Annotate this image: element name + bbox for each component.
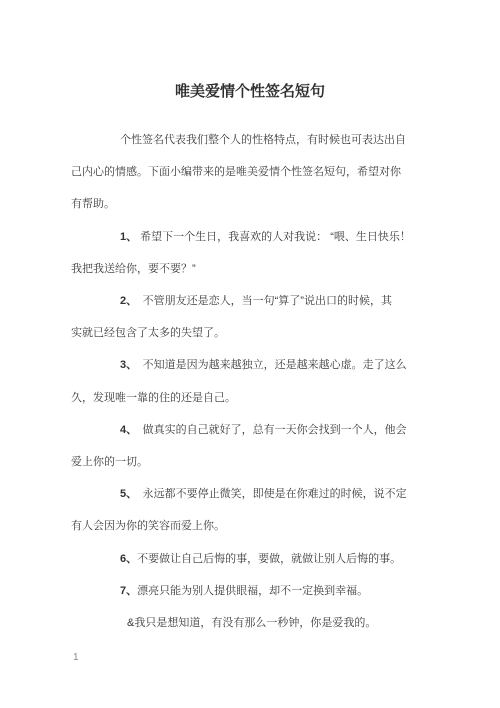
list-item-6-text: 不要做让自己后悔的事，要做，就做让别人后悔的事。: [137, 553, 401, 565]
list-item-1-text: 希望下一个生日，我喜欢的人对我说： “喂、生日快乐！: [137, 231, 411, 243]
list-item-6-line-1: 6、不要做让自己后悔的事，要做，就做让别人后悔的事。: [71, 543, 440, 575]
list-item-4-line-2: 爱上你的一切。: [71, 446, 440, 478]
list-item-1-line-2: 我把我送给你，要不要？”: [71, 253, 440, 285]
document-title: 唯美爱情个性签名短句: [0, 0, 500, 108]
list-item-5-text: 永远都不要停止微笑，即使是在你难过的时候，说不定: [132, 488, 407, 500]
list-item-7-text: 漂亮只能为别人提供眼福，却不一定换到幸福。: [137, 585, 368, 597]
closing-line: &我只是想知道，有没有那么一秒钟，你是爱我的。: [71, 607, 440, 639]
list-item-6-number: 6、: [120, 553, 137, 565]
list-item-3-number: 3、: [120, 359, 132, 371]
list-item-4-line-1: 4、 做真实的自己就好了，总有一天你会找到一个人，他会: [71, 414, 440, 446]
intro-line-3: 有帮助。: [71, 188, 440, 220]
intro-line-2: 己内心的情感。下面小编带来的是唯美爱情个性签名短句，希望对你: [71, 156, 440, 188]
list-item-3-text: 不知道是因为越来越独立，还是越来越心虚。走了这么: [132, 359, 407, 371]
list-item-2-text: 不管朋友还是恋人，当一句“算了”说出口的时候，其: [132, 295, 392, 307]
list-item-5-number: 5、: [120, 488, 132, 500]
list-item-1-line-1: 1、 希望下一个生日，我喜欢的人对我说： “喂、生日快乐！: [71, 221, 440, 253]
list-item-5-line-1: 5、 永远都不要停止微笑，即使是在你难过的时候，说不定: [71, 478, 440, 510]
list-item-2-line-1: 2、 不管朋友还是恋人，当一句“算了”说出口的时候，其: [71, 285, 440, 317]
list-item-4-text: 做真实的自己就好了，总有一天你会找到一个人，他会: [132, 424, 407, 436]
list-item-7-number: 7、: [120, 585, 137, 597]
list-item-3-line-1: 3、 不知道是因为越来越独立，还是越来越心虚。走了这么: [71, 349, 440, 381]
document-body: 个性签名代表我们整个人的性格特点，有时候也可表达出自 己内心的情感。下面小编带来…: [71, 124, 440, 639]
document-page: 唯美爱情个性签名短句 个性签名代表我们整个人的性格特点，有时候也可表达出自 己内…: [0, 0, 500, 708]
list-item-2-line-2: 实就已经包含了太多的失望了。: [71, 317, 440, 349]
list-item-7-line-1: 7、漂亮只能为别人提供眼福，却不一定换到幸福。: [71, 575, 440, 607]
list-item-1-number: 1、: [120, 231, 137, 243]
page-number: 1: [73, 651, 500, 665]
list-item-3-line-2: 久，发现唯一靠的住的还是自己。: [71, 382, 440, 414]
list-item-2-number: 2、: [120, 295, 132, 307]
intro-line-1: 个性签名代表我们整个人的性格特点，有时候也可表达出自: [71, 124, 440, 156]
list-item-5-line-2: 有人会因为你的笑容而爱上你。: [71, 510, 440, 542]
list-item-4-number: 4、: [120, 424, 132, 436]
